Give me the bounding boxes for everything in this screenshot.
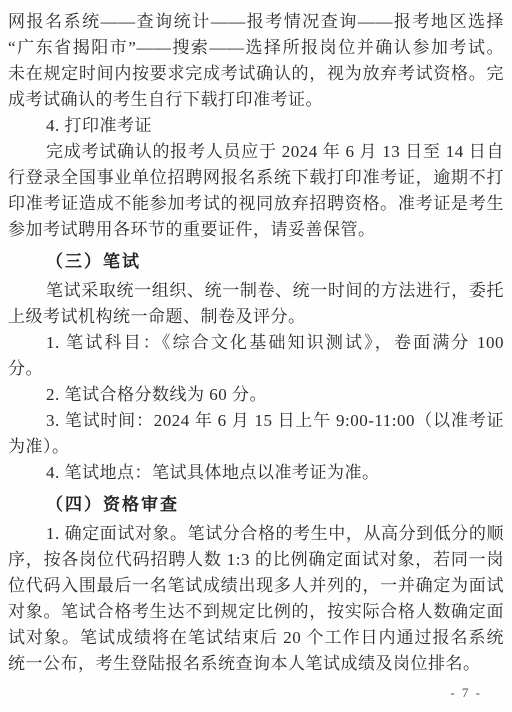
text-line: 1. 确定面试对象。笔试分合格的考生中，从高分到低分的顺 — [8, 521, 504, 547]
text-line: 上级考试机构统一命题、制卷及评分。 — [8, 304, 504, 330]
text-line: 3. 笔试时间：2024 年 6 月 15 日上午 9:00-11:00（以准考… — [8, 408, 504, 434]
section-heading-written-exam: （三）笔试 — [8, 249, 504, 275]
text-line: 分。 — [8, 356, 504, 382]
text-line: 序，按各岗位代码招聘人数 1:3 的比例确定面试对象，若同一岗 — [8, 547, 504, 573]
text-line: 为准）。 — [8, 434, 504, 460]
text-line: 试对象。笔试成绩将在笔试结束后 20 个工作日内通过报名系统 — [8, 625, 504, 651]
text-line: 完成考试确认的报考人员应于 2024 年 6 月 13 日至 14 日自 — [8, 139, 504, 165]
text-line: 成考试确认的考生自行下载打印准考证。 — [8, 87, 504, 113]
text-line: 网报名系统——查询统计——报考情况查询——报考地区选择 — [8, 9, 504, 35]
text-line: “广东省揭阳市”——搜索——选择所报岗位并确认参加考试。 — [8, 35, 504, 61]
section-heading-qualification-review: （四）资格审查 — [8, 492, 504, 518]
text-line: 未在规定时间内按要求完成考试确认的，视为放弃考试资格。完 — [8, 61, 504, 87]
text-line: 印准考证造成不能参加考试的视同放弃招聘资格。准考证是考生 — [8, 191, 504, 217]
text-line: 参加考试聘用各环节的重要证件，请妥善保管。 — [8, 217, 504, 243]
page-number: - 7 - — [450, 685, 482, 701]
text-line: 4. 笔试地点：笔试具体地点以准考证为准。 — [8, 460, 504, 486]
text-line: 位代码入围最后一名笔试成绩出现多人并列的，一并确定为面试 — [8, 573, 504, 599]
text-line: 对象。笔试合格考生达不到规定比例的，按实际合格人数确定面 — [8, 599, 504, 625]
text-line: 1. 笔试科目：《综合文化基础知识测试》，卷面满分 100 — [8, 330, 504, 356]
text-line: 统一公布，考生登陆报名系统查询本人笔试成绩及岗位排名。 — [8, 651, 504, 677]
list-item-title: 4. 打印准考证 — [8, 113, 504, 139]
text-line: 行登录全国事业单位招聘网报名系统下载打印准考证，逾期不打 — [8, 165, 504, 191]
document-page: 网报名系统——查询统计——报考情况查询——报考地区选择 “广东省揭阳市”——搜索… — [0, 0, 512, 677]
text-line: 笔试采取统一组织、统一制卷、统一时间的方法进行，委托 — [8, 278, 504, 304]
text-line: 2. 笔试合格分数线为 60 分。 — [8, 382, 504, 408]
